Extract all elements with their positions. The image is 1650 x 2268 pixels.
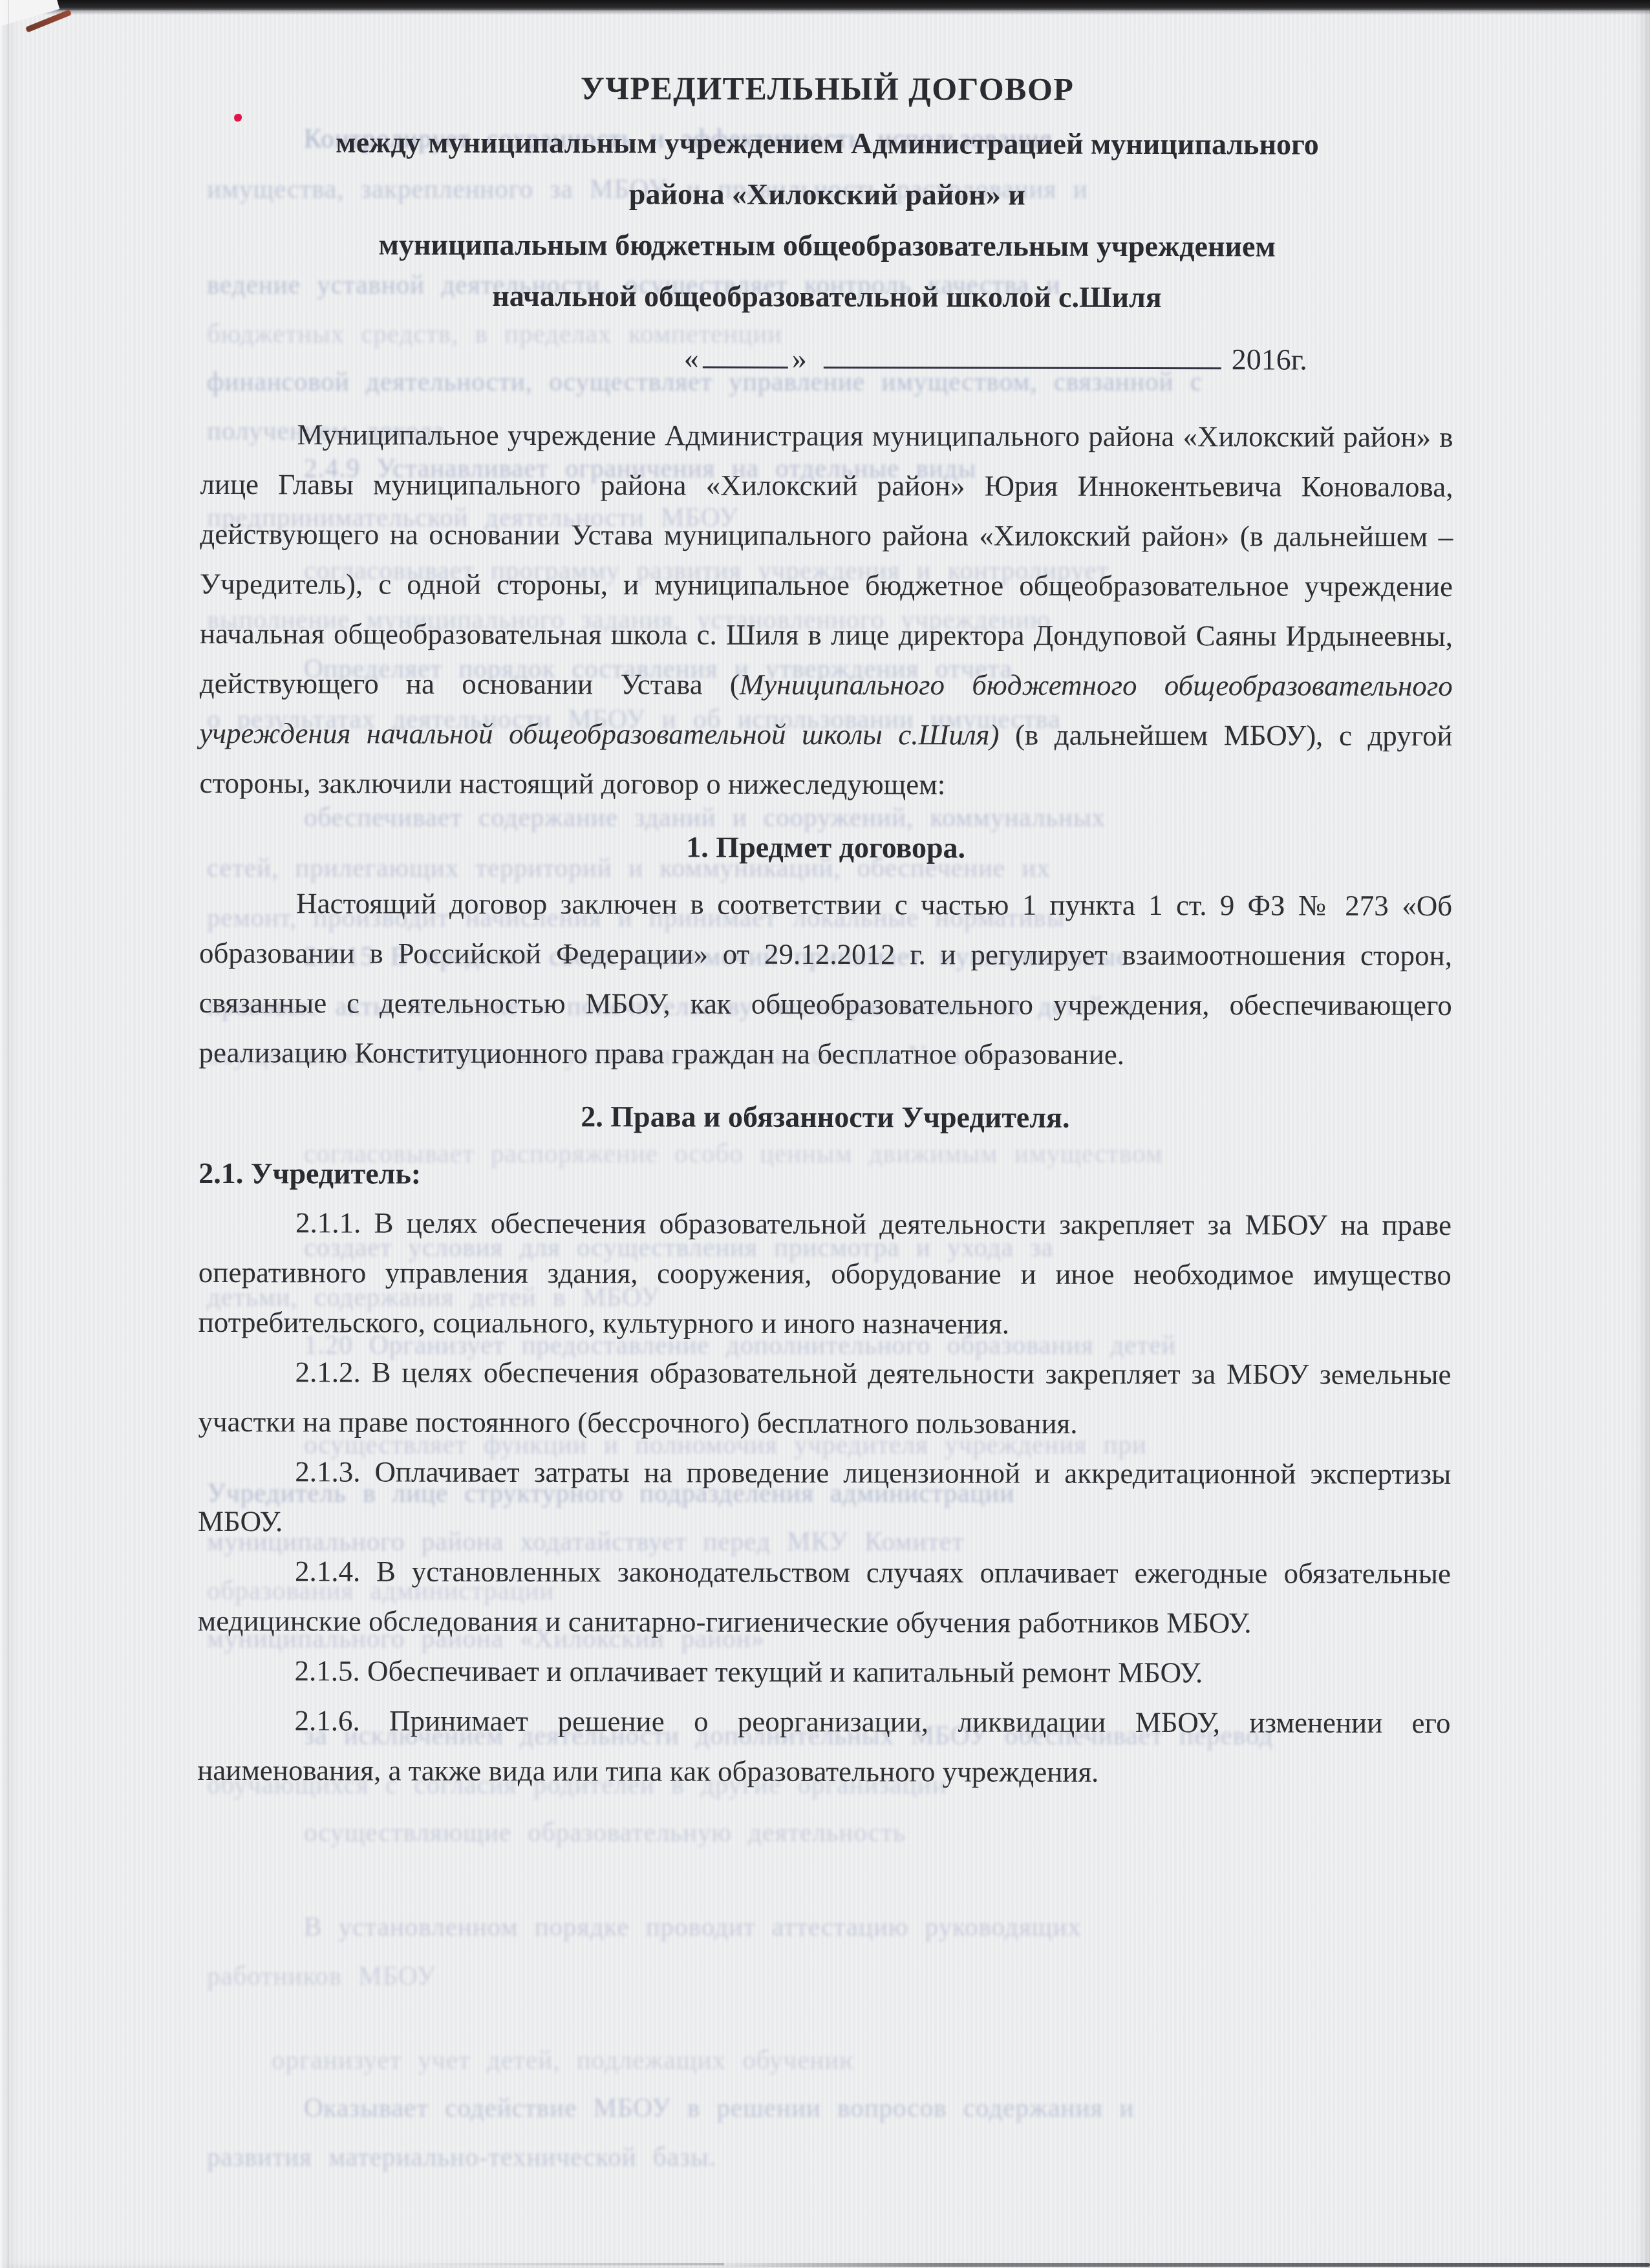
preamble-text-1: Муниципальное учреждение Администрация м…: [200, 418, 1453, 700]
section-2-1-subheading: 2.1. Учредитель:: [198, 1148, 1452, 1201]
bleed-through-text-line: развития материально-технической базы.: [207, 2141, 1015, 2172]
clause-2-1-6: 2.1.6. Принимает решение о реорганизации…: [197, 1696, 1450, 1798]
date-line: «»2016г.: [200, 340, 1453, 390]
section-1-heading: 1. Предмет договора.: [199, 829, 1452, 866]
red-ink-dot: [234, 114, 242, 122]
document-content: УЧРЕДИТЕЛЬНЫЙ ДОГОВОР между муниципальны…: [197, 69, 1454, 1798]
scanner-edge-top-band: [0, 0, 1650, 10]
clause-2-1-3: 2.1.3. Оплачивает затраты на проведение …: [198, 1447, 1451, 1549]
clause-2-1-1: 2.1.1. В целях обеспечения образовательн…: [198, 1198, 1452, 1350]
preamble-paragraph: Муниципальное учреждение Администрация м…: [199, 410, 1453, 811]
document-title: УЧРЕДИТЕЛЬНЫЙ ДОГОВОР: [201, 69, 1454, 109]
document-subtitle-line-4: начальной общеобразовательной школой с.Ш…: [200, 270, 1453, 323]
clause-2-1-2: 2.1.2. В целях обеспечения образовательн…: [198, 1347, 1451, 1450]
scanner-edge-bottom-line-faint: [401, 2263, 724, 2265]
scanner-edge-bottom-line: [711, 2263, 1650, 2267]
date-close-quote: »: [792, 342, 807, 375]
clause-2-1-4: 2.1.4. В установленных законодательством…: [198, 1546, 1451, 1649]
date-day-blank: [703, 367, 788, 369]
document-subtitle-line-1: между муниципальным учреждением Админист…: [200, 116, 1453, 170]
section-2-heading: 2. Права и обязанности Учредителя.: [198, 1098, 1452, 1135]
bleed-through-text-line: работников МБОУ: [207, 1960, 724, 1991]
scanner-edge-top-shadow: [0, 10, 1650, 15]
document-subtitle-line-3: муниципальным бюджетным общеобразователь…: [200, 219, 1453, 272]
bleed-through-text-line: осуществляющие образовательную деятельно…: [304, 1816, 1274, 1847]
date-open-quote: «: [684, 342, 699, 375]
scanner-edge-left-strip: [0, 0, 9, 2268]
date-month-blank: [824, 367, 1221, 369]
bleed-through-text-line: организует учет детей, подлежащих обучен…: [272, 2044, 853, 2075]
document-subtitle-line-2: района «Хилокский район» и: [200, 167, 1453, 221]
bleed-through-text-line: Оказывает содействие МБОУ в решении вопр…: [304, 2091, 1435, 2123]
date-year: 2016г.: [1232, 343, 1307, 376]
bleed-through-text-line: В установленном порядке проводит аттеста…: [304, 1910, 1403, 1942]
scanned-document-page: Контролирует сохранность и эффективность…: [0, 0, 1650, 2268]
section-1-paragraph: Настоящий договор заключен в соответстви…: [199, 879, 1453, 1080]
clause-2-1-5: 2.1.5. Обеспечивает и оплачивает текущий…: [198, 1646, 1451, 1698]
